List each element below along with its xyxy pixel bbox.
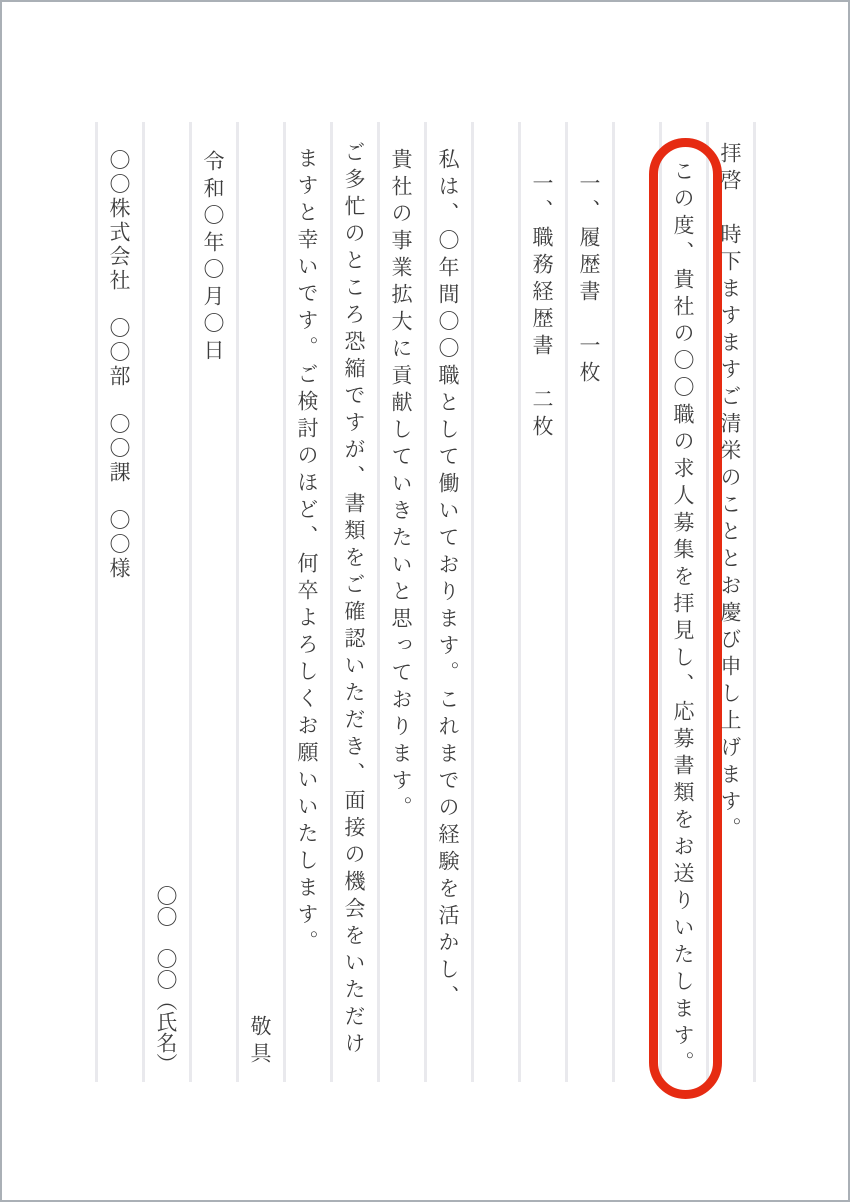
letter-page: 拝啓 時下ますますご清栄のこととお慶び申し上げます。 この度、貴社の〇〇職の求人… (0, 0, 850, 1202)
enclosure-item-resume: 一、履歴書 一枚 (578, 172, 599, 388)
enclosure-item-career-history: 一、職務経歴書 二枚 (531, 172, 552, 442)
highlighted-sentence: この度、貴社の〇〇職の求人募集を拝見し、応募書類をお送りいたします。 (672, 160, 693, 1078)
body-line-2: 貴社の事業拡大に貢献していきたいと思っております。 (390, 148, 411, 823)
body-line-4: ますと幸いです。ご検討のほど、何卒よろしくお願いいたします。 (296, 147, 317, 957)
body-line-3: ご多忙のところ恐縮ですが、書類をご確認いただき、面接の機会をいただけ (343, 141, 364, 1059)
date-line: 令和〇年〇月〇日 (202, 150, 223, 366)
body-line-1: 私は、〇年間〇〇職として働いております。これまでの経験を活かし、 (437, 148, 458, 1012)
recipient-line: 〇〇株式会社 〇〇部 〇〇課 〇〇様 (108, 149, 129, 581)
closing-word: 敬具 (249, 1015, 270, 1069)
greeting-line: 拝啓 時下ますますご清栄のこととお慶び申し上げます。 (719, 142, 740, 844)
sender-name: 〇〇 〇〇（氏名） (155, 885, 176, 1074)
